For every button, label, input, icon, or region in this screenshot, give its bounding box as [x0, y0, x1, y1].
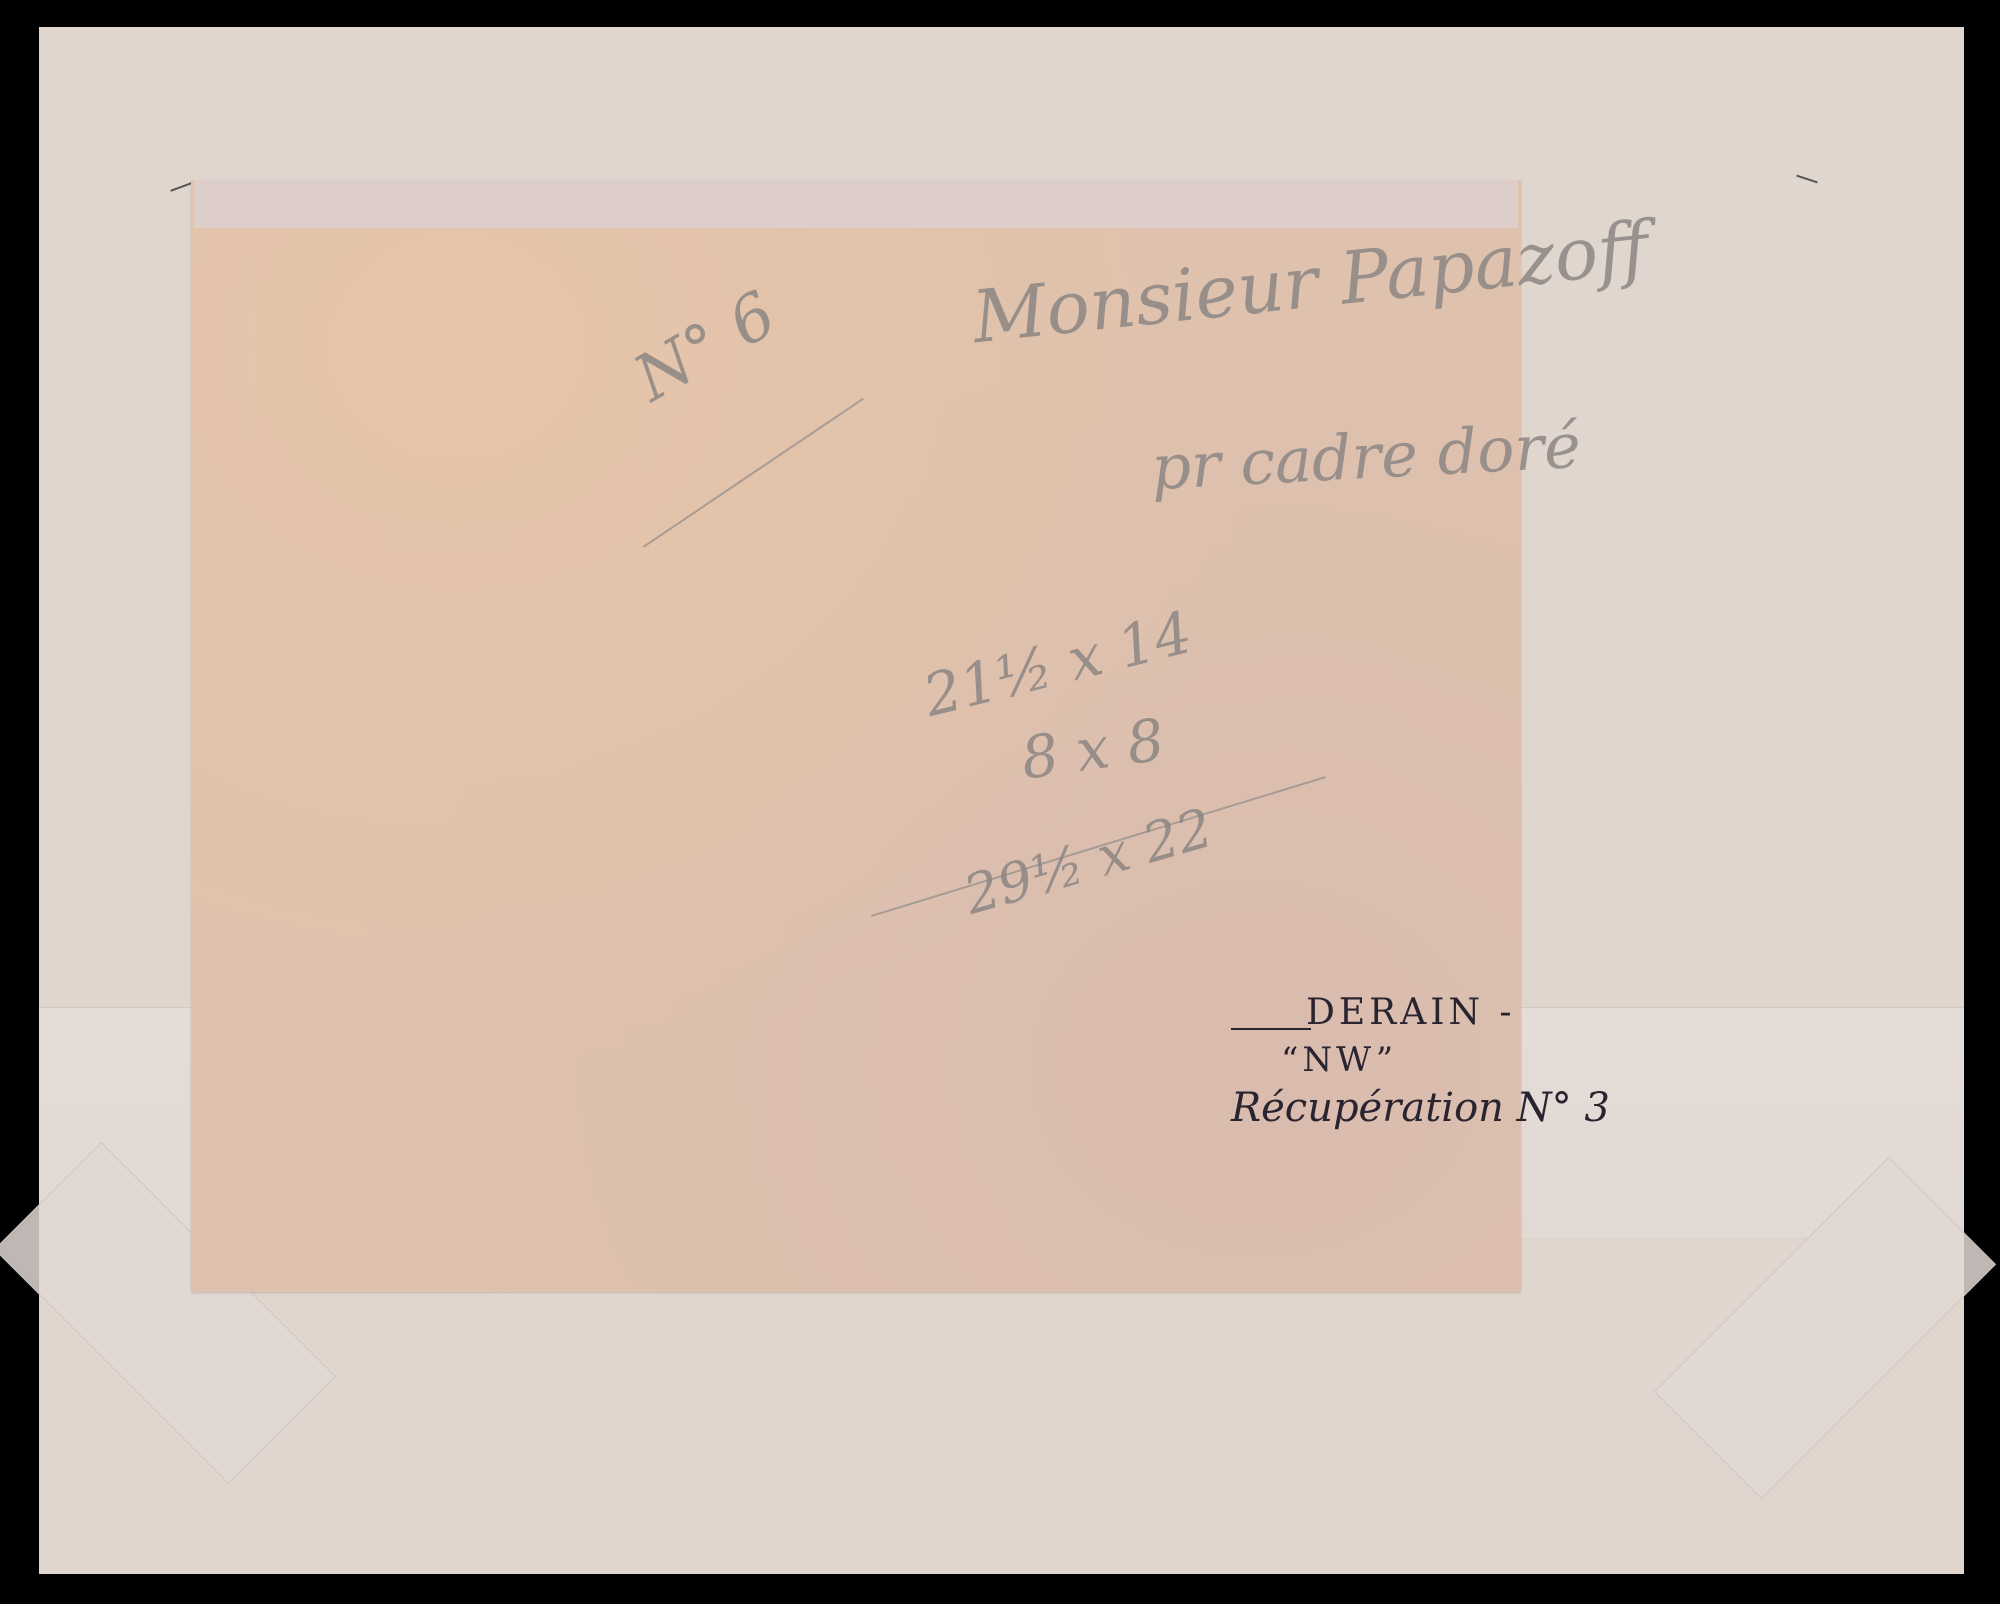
- ink-underline: [1231, 1028, 1311, 1030]
- inscription-number: N° 6: [622, 278, 788, 417]
- inscription-dimensions-total: 29½ x 22: [957, 796, 1219, 927]
- inscription-recovery: Récupération N° 3: [1231, 1085, 1610, 1131]
- inscription-artist: DERAIN -: [1306, 992, 1516, 1033]
- inscription-code: “NW”: [1281, 1040, 1397, 1080]
- inscription-frame-note: pr cadre doré: [1149, 409, 1582, 504]
- pencil-stroke-diagonal: [643, 398, 864, 548]
- top-hinge-tape: [194, 180, 1518, 228]
- inscription-dimensions-2: 8 x 8: [1017, 705, 1168, 792]
- artwork-verso-paper: N° 6 Monsieur Papazoff pr cadre doré 21½…: [191, 180, 1521, 1292]
